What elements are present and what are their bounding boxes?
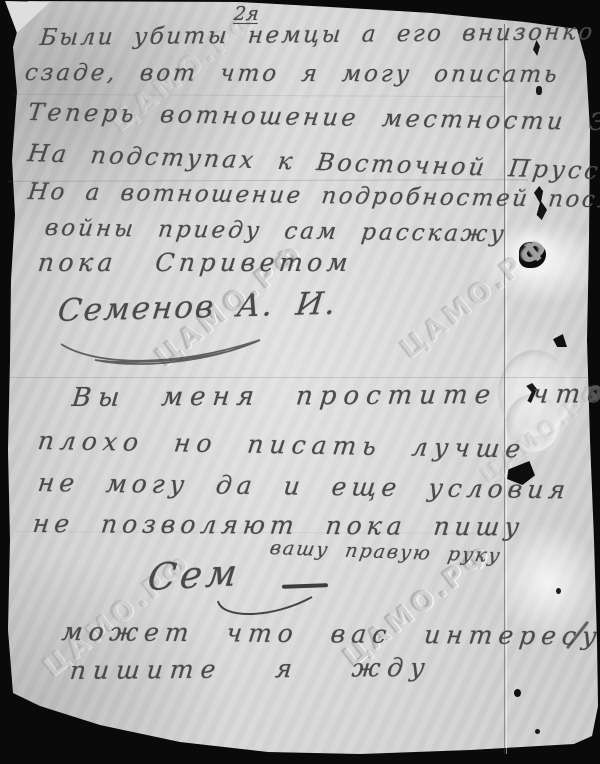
signature-loop: [212, 593, 322, 621]
pin-hole: [535, 729, 540, 734]
postscript-line-2: пишите я жду: [69, 653, 433, 685]
signature-flourish: [55, 330, 305, 370]
pin-hole: [514, 689, 521, 697]
pin-hole: [556, 588, 561, 594]
closing-line: пока Сприветом: [36, 248, 353, 277]
signature-2: Сем: [145, 551, 243, 599]
page-number: 2я: [233, 3, 260, 25]
postscript-line-1: может что вас интересует: [60, 617, 600, 651]
signature-1: Семенов А. И.: [56, 286, 339, 329]
letter-line-2: сзаде, вот что я могу описать: [24, 60, 562, 88]
scanned-letter-page: ЦАМО.РФ ЦАМО.РФ ЦАМО.РФ ЦАМО.РФ ЦАМО.РФ …: [0, 0, 600, 764]
letter-line-7: Вы меня простите что: [71, 379, 600, 413]
